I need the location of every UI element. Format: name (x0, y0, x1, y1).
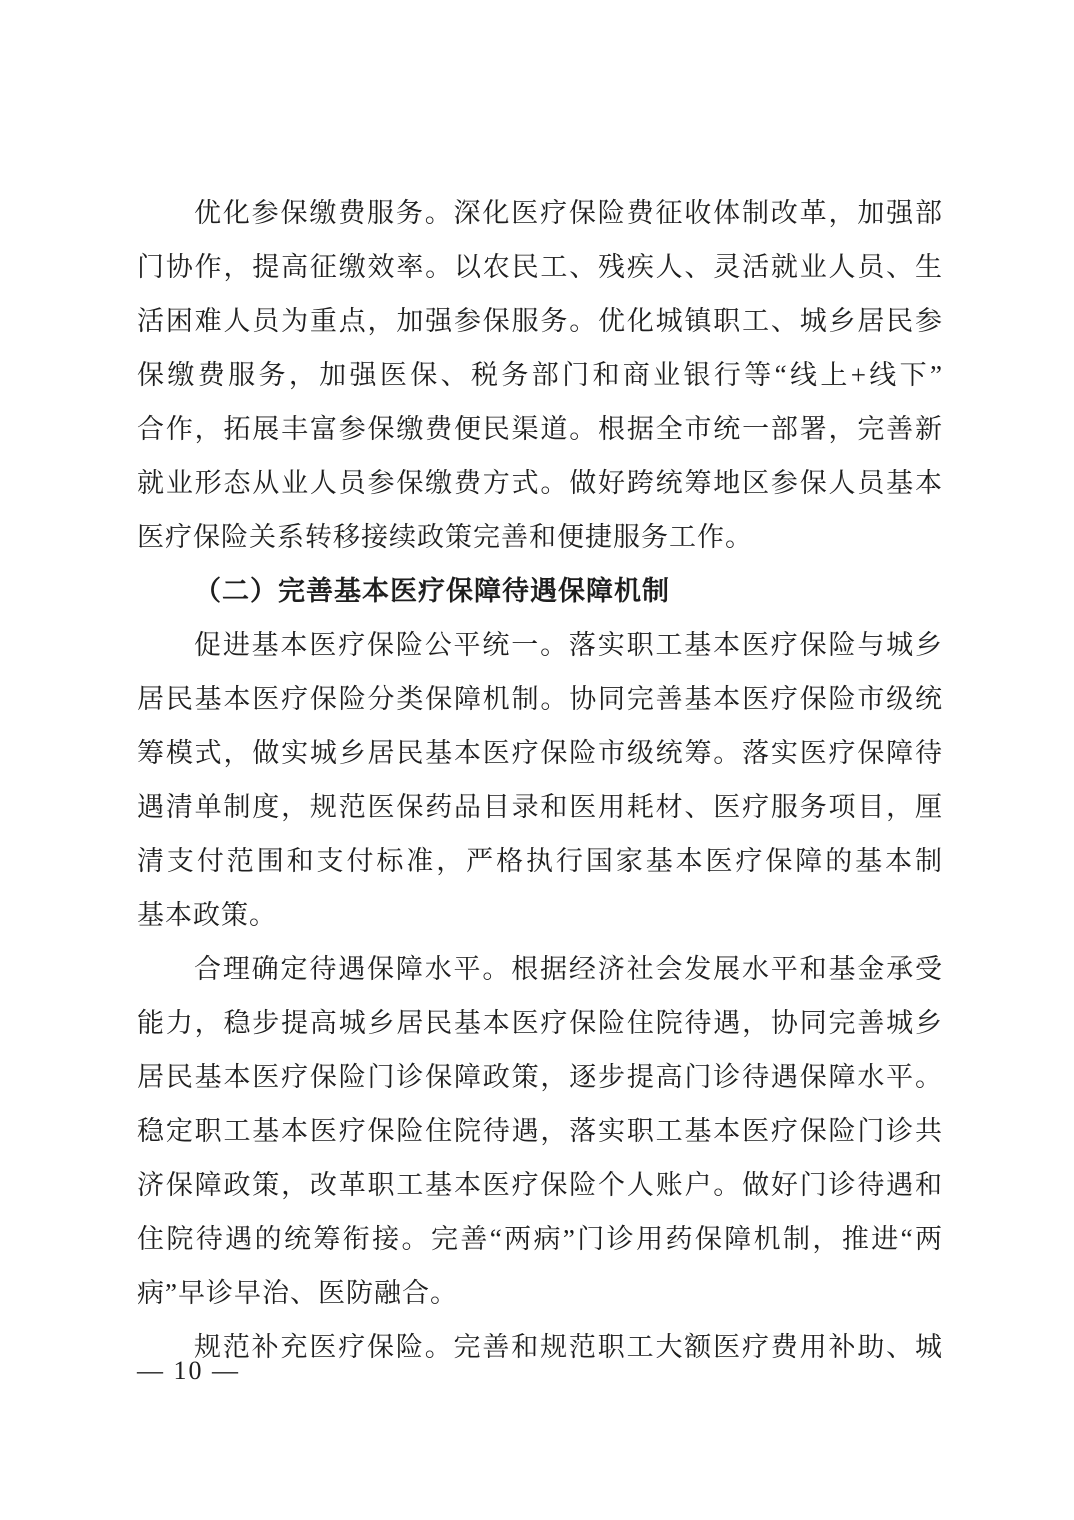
paragraph: 规范补充医疗保险。完善和规范职工大额医疗费用补助、城 (137, 1320, 943, 1374)
text-line: 保缴费服务，加强医保、税务部门和商业银行等“线上+线下” (137, 348, 943, 402)
text-line: 优化参保缴费服务。深化医疗保险费征收体制改革，加强部 (137, 186, 943, 240)
text-line: 规范补充医疗保险。完善和规范职工大额医疗费用补助、城 (137, 1320, 943, 1374)
page-number: — 10 — (137, 1351, 240, 1391)
heading-line: （二）完善基本医疗保障待遇保障机制 (137, 564, 943, 618)
text-line: 就业形态从业人员参保缴费方式。做好跨统筹地区参保人员基本 (137, 456, 943, 510)
paragraph: 促进基本医疗保险公平统一。落实职工基本医疗保险与城乡居民基本医疗保险分类保障机制… (137, 618, 943, 942)
text-line: 门协作，提高征缴效率。以农民工、残疾人、灵活就业人员、生 (137, 240, 943, 294)
text-line: 能力，稳步提高城乡居民基本医疗保险住院待遇，协同完善城乡 (137, 996, 943, 1050)
text-line: 遇清单制度，规范医保药品目录和医用耗材、医疗服务项目，厘 (137, 780, 943, 834)
paragraph: 合理确定待遇保障水平。根据经济社会发展水平和基金承受能力，稳步提高城乡居民基本医… (137, 942, 943, 1320)
text-line: 合理确定待遇保障水平。根据经济社会发展水平和基金承受 (137, 942, 943, 996)
text-line: 居民基本医疗保险门诊保障政策，逐步提高门诊待遇保障水平。 (137, 1050, 943, 1104)
text-line: 促进基本医疗保险公平统一。落实职工基本医疗保险与城乡 (137, 618, 943, 672)
text-line: 医疗保险关系转移接续政策完善和便捷服务工作。 (137, 510, 943, 564)
text-line: 稳定职工基本医疗保险住院待遇，落实职工基本医疗保险门诊共 (137, 1104, 943, 1158)
text-line: 基本政策。 (137, 888, 943, 942)
text-line: 住院待遇的统筹衔接。完善“两病”门诊用药保障机制，推进“两 (137, 1212, 943, 1266)
text-line: 筹模式，做实城乡居民基本医疗保险市级统筹。落实医疗保障待 (137, 726, 943, 780)
text-block: 优化参保缴费服务。深化医疗保险费征收体制改革，加强部门协作，提高征缴效率。以农民… (137, 186, 943, 1374)
text-line: 病”早诊早治、医防融合。 (137, 1266, 943, 1320)
text-line: 济保障政策，改革职工基本医疗保险个人账户。做好门诊待遇和 (137, 1158, 943, 1212)
text-line: 合作，拓展丰富参保缴费便民渠道。根据全市统一部署，完善新 (137, 402, 943, 456)
paragraph: 优化参保缴费服务。深化医疗保险费征收体制改革，加强部门协作，提高征缴效率。以农民… (137, 186, 943, 564)
text-line: 居民基本医疗保险分类保障机制。协同完善基本医疗保险市级统 (137, 672, 943, 726)
section-heading: （二）完善基本医疗保障待遇保障机制 (137, 564, 943, 618)
text-line: 清支付范围和支付标准，严格执行国家基本医疗保障的基本制度、 (137, 834, 943, 888)
text-line: 活困难人员为重点，加强参保服务。优化城镇职工、城乡居民参 (137, 294, 943, 348)
document-page: 优化参保缴费服务。深化医疗保险费征收体制改革，加强部门协作，提高征缴效率。以农民… (0, 0, 1074, 1520)
